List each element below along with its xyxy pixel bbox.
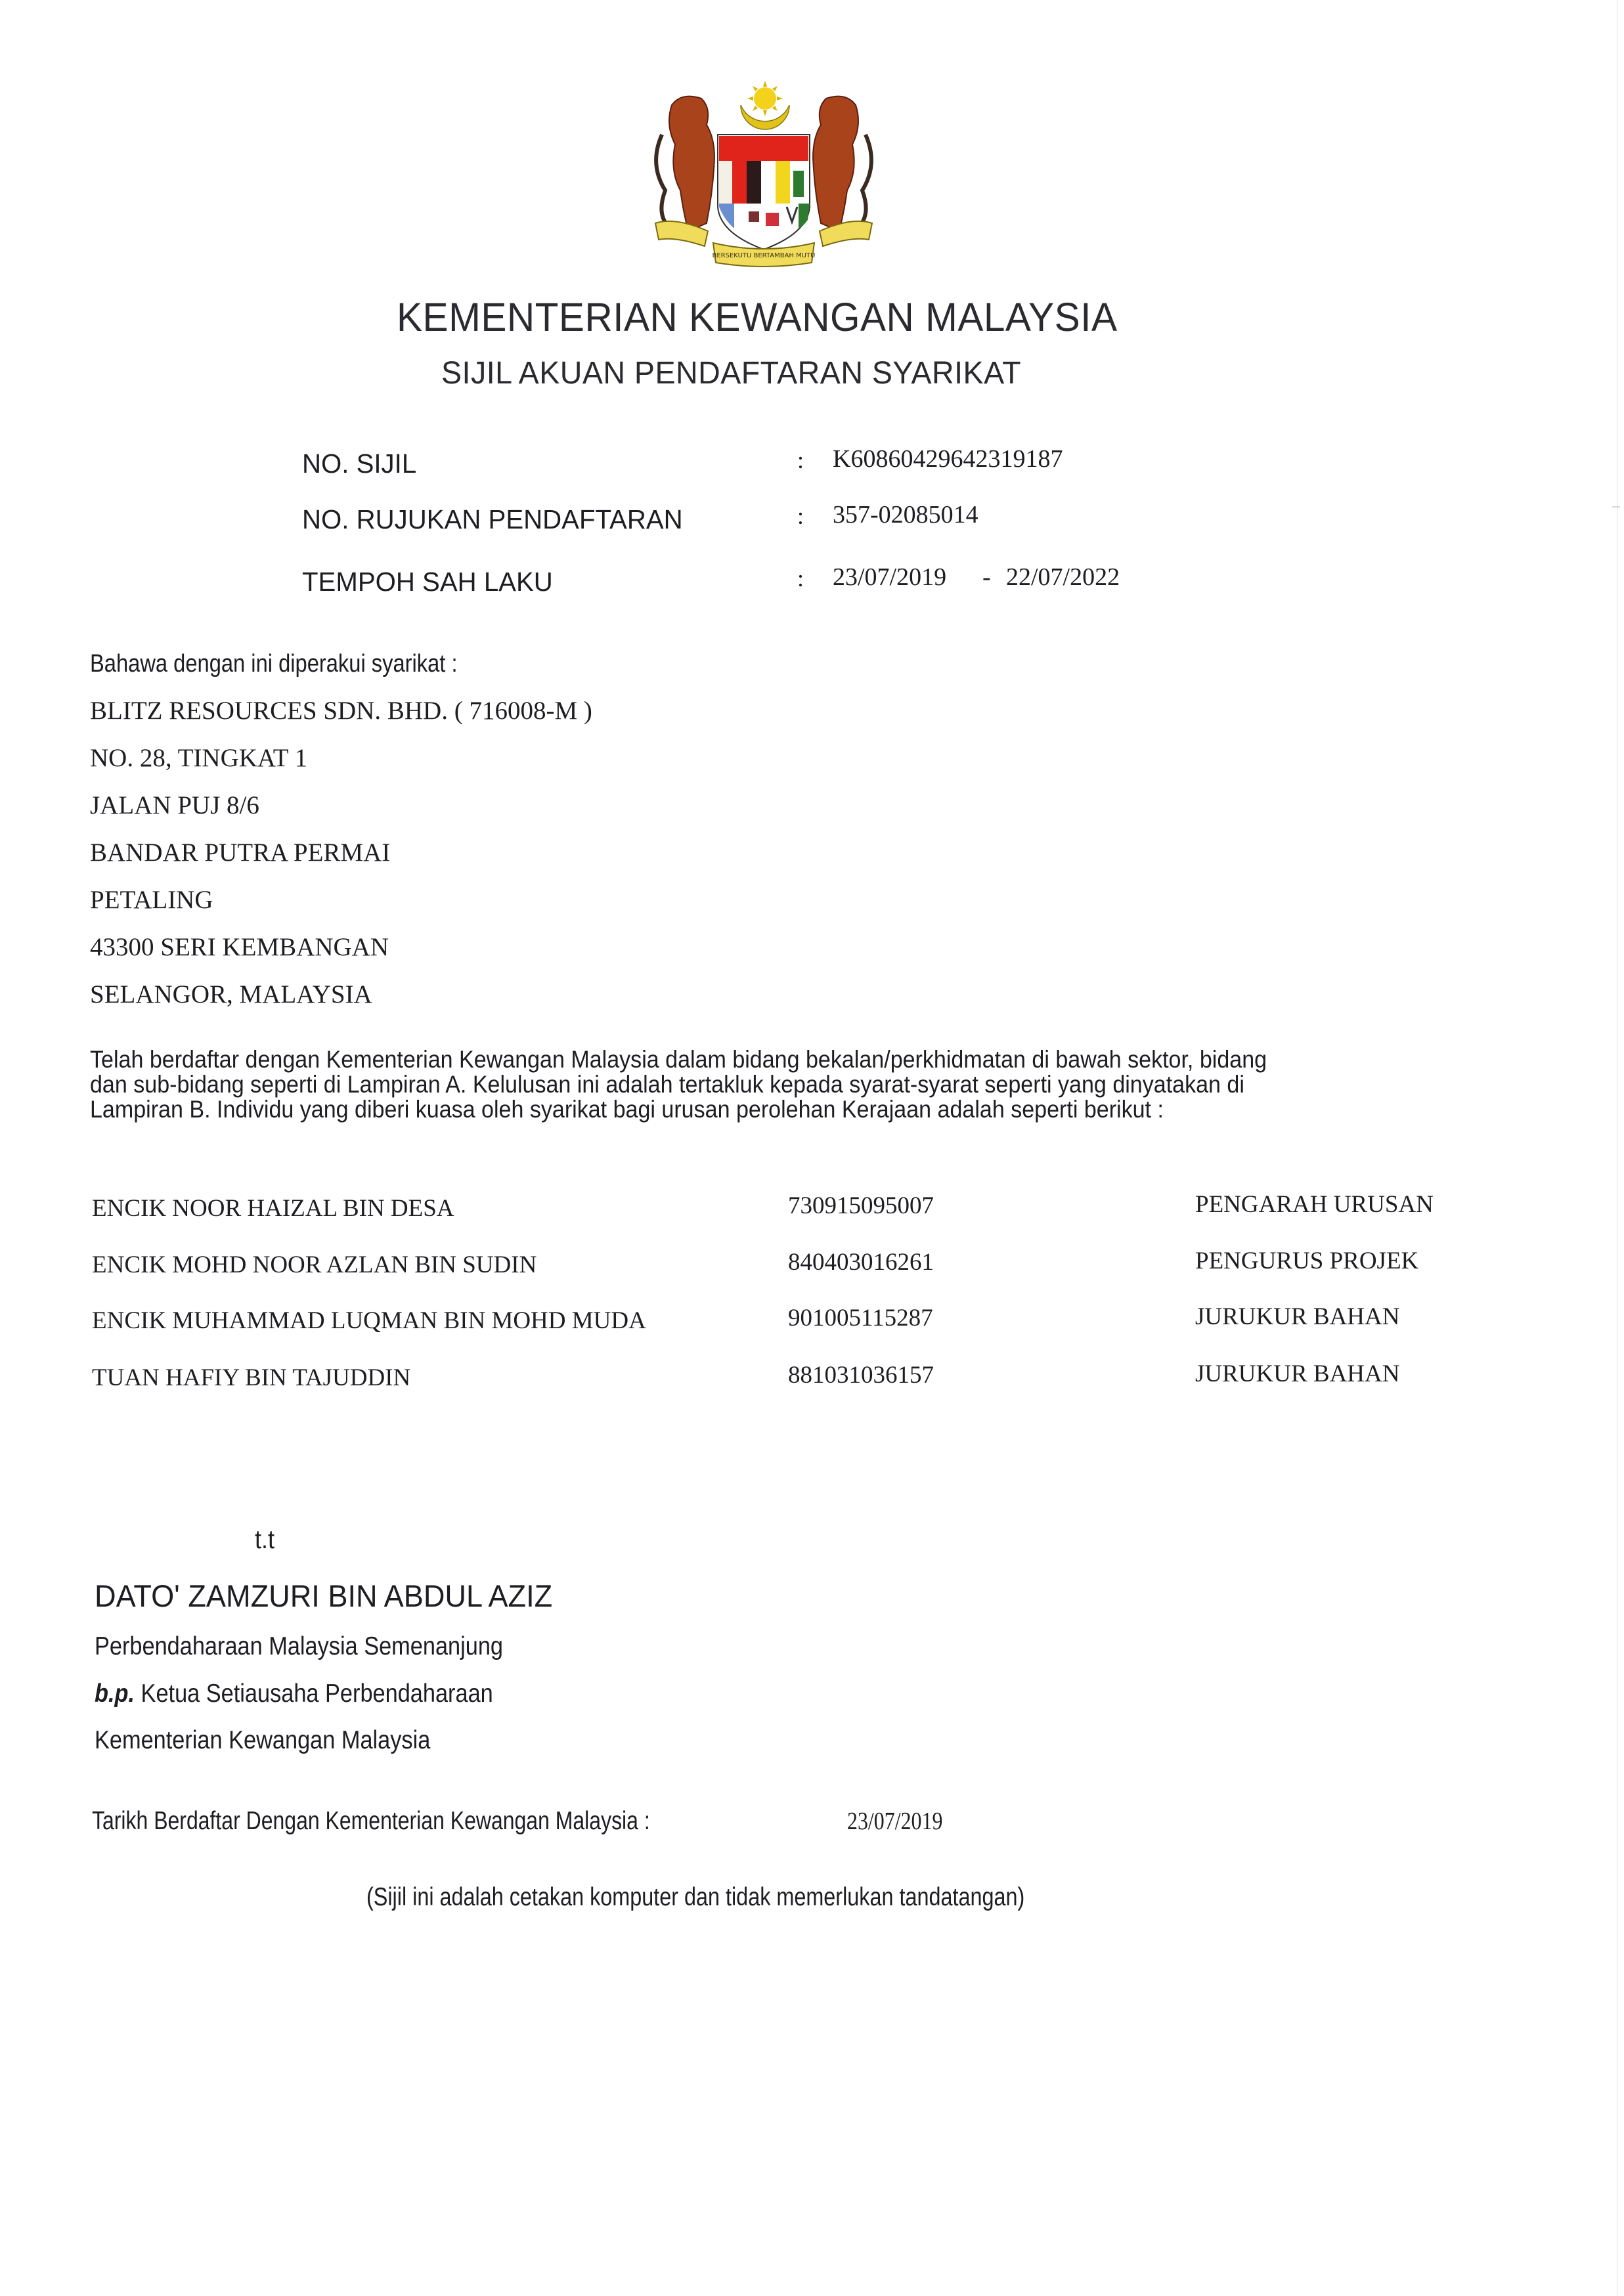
registration-date-label: Tarikh Berdaftar Dengan Kementerian Kewa… — [92, 1807, 650, 1836]
address-line: 43300 SERI KEMBANGAN — [90, 932, 389, 962]
coat-of-arms-icon: BERSEKUTU BERTAMBAH MUTU — [636, 59, 892, 269]
company-name: BLITZ RESOURCES SDN. BHD. ( 716008-M ) — [90, 696, 592, 726]
statement-line: Telah berdaftar dengan Kementerian Kewan… — [90, 1047, 1474, 1072]
detail-value-cert-no: K60860429642319187 — [833, 444, 1063, 473]
person-ic: 881031036157 — [788, 1361, 934, 1389]
person-name: ENCIK MOHD NOOR AZLAN BIN SUDIN — [92, 1251, 537, 1279]
signed-marker: t.t — [255, 1525, 274, 1555]
detail-colon: : — [797, 565, 804, 592]
person-ic: 730915095007 — [788, 1192, 934, 1220]
registration-date: 23/07/2019 — [847, 1807, 942, 1836]
statement-line: dan sub-bidang seperti di Lampiran A. Ke… — [90, 1072, 1474, 1097]
bp-prefix: b.p. — [95, 1679, 135, 1708]
person-position: JURUKUR BAHAN — [1195, 1360, 1399, 1388]
detail-value-valid-to: 22/07/2022 — [1006, 563, 1120, 592]
detail-value-valid-from: 23/07/2019 — [833, 563, 946, 592]
statement-line: Lampiran B. Individu yang diberi kuasa o… — [90, 1097, 1474, 1122]
detail-colon: : — [797, 502, 804, 530]
scan-mark — [1612, 506, 1620, 508]
computer-generated-note: (Sijil ini adalah cetakan komputer dan t… — [366, 1883, 1024, 1912]
person-name: ENCIK NOOR HAIZAL BIN DESA — [92, 1194, 454, 1223]
svg-text:BERSEKUTU BERTAMBAH MUTU: BERSEKUTU BERTAMBAH MUTU — [713, 252, 816, 259]
registration-statement: Telah berdaftar dengan Kementerian Kewan… — [90, 1047, 1474, 1122]
detail-value-reference-no: 357-02085014 — [833, 500, 978, 529]
person-position: PENGURUS PROJEK — [1195, 1247, 1418, 1275]
detail-colon: : — [797, 446, 804, 474]
signatory-name: DATO' ZAMZURI BIN ABDUL AZIZ — [95, 1578, 552, 1614]
detail-label-cert-no: NO. SIJIL — [302, 448, 416, 479]
detail-range-separator: - — [982, 563, 991, 592]
ministry-title: KEMENTERIAN KEWANGAN MALAYSIA — [397, 294, 1117, 340]
person-position: PENGARAH URUSAN — [1195, 1190, 1434, 1219]
address-line: BANDAR PUTRA PERMAI — [90, 838, 390, 867]
intro-text: Bahawa dengan ini diperakui syarikat : — [90, 650, 458, 678]
on-behalf-of: Ketua Setiausaha Perbendaharaan — [141, 1679, 493, 1708]
address-line: SELANGOR, MALAYSIA — [90, 980, 372, 1009]
signatory-office: Perbendaharaan Malaysia Semenanjung — [95, 1632, 503, 1661]
person-ic: 901005115287 — [788, 1304, 933, 1332]
scan-edge-line — [1617, 0, 1618, 2296]
address-line: PETALING — [90, 885, 213, 915]
address-line: NO. 28, TINGKAT 1 — [90, 743, 307, 773]
person-name: ENCIK MUHAMMAD LUQMAN BIN MOHD MUDA — [92, 1307, 646, 1335]
signatory-ministry: Kementerian Kewangan Malaysia — [95, 1726, 430, 1755]
detail-label-reference-no: NO. RUJUKAN PENDAFTARAN — [302, 504, 683, 535]
person-position: JURUKUR BAHAN — [1195, 1303, 1399, 1331]
signatory-on-behalf: b.p. Ketua Setiausaha Perbendaharaan — [95, 1679, 493, 1708]
address-line: JALAN PUJ 8/6 — [90, 791, 259, 820]
person-ic: 840403016261 — [788, 1248, 934, 1276]
document-title: SIJIL AKUAN PENDAFTARAN SYARIKAT — [441, 355, 1021, 391]
person-name: TUAN HAFIY BIN TAJUDDIN — [92, 1364, 410, 1392]
detail-label-validity: TEMPOH SAH LAKU — [302, 567, 553, 597]
